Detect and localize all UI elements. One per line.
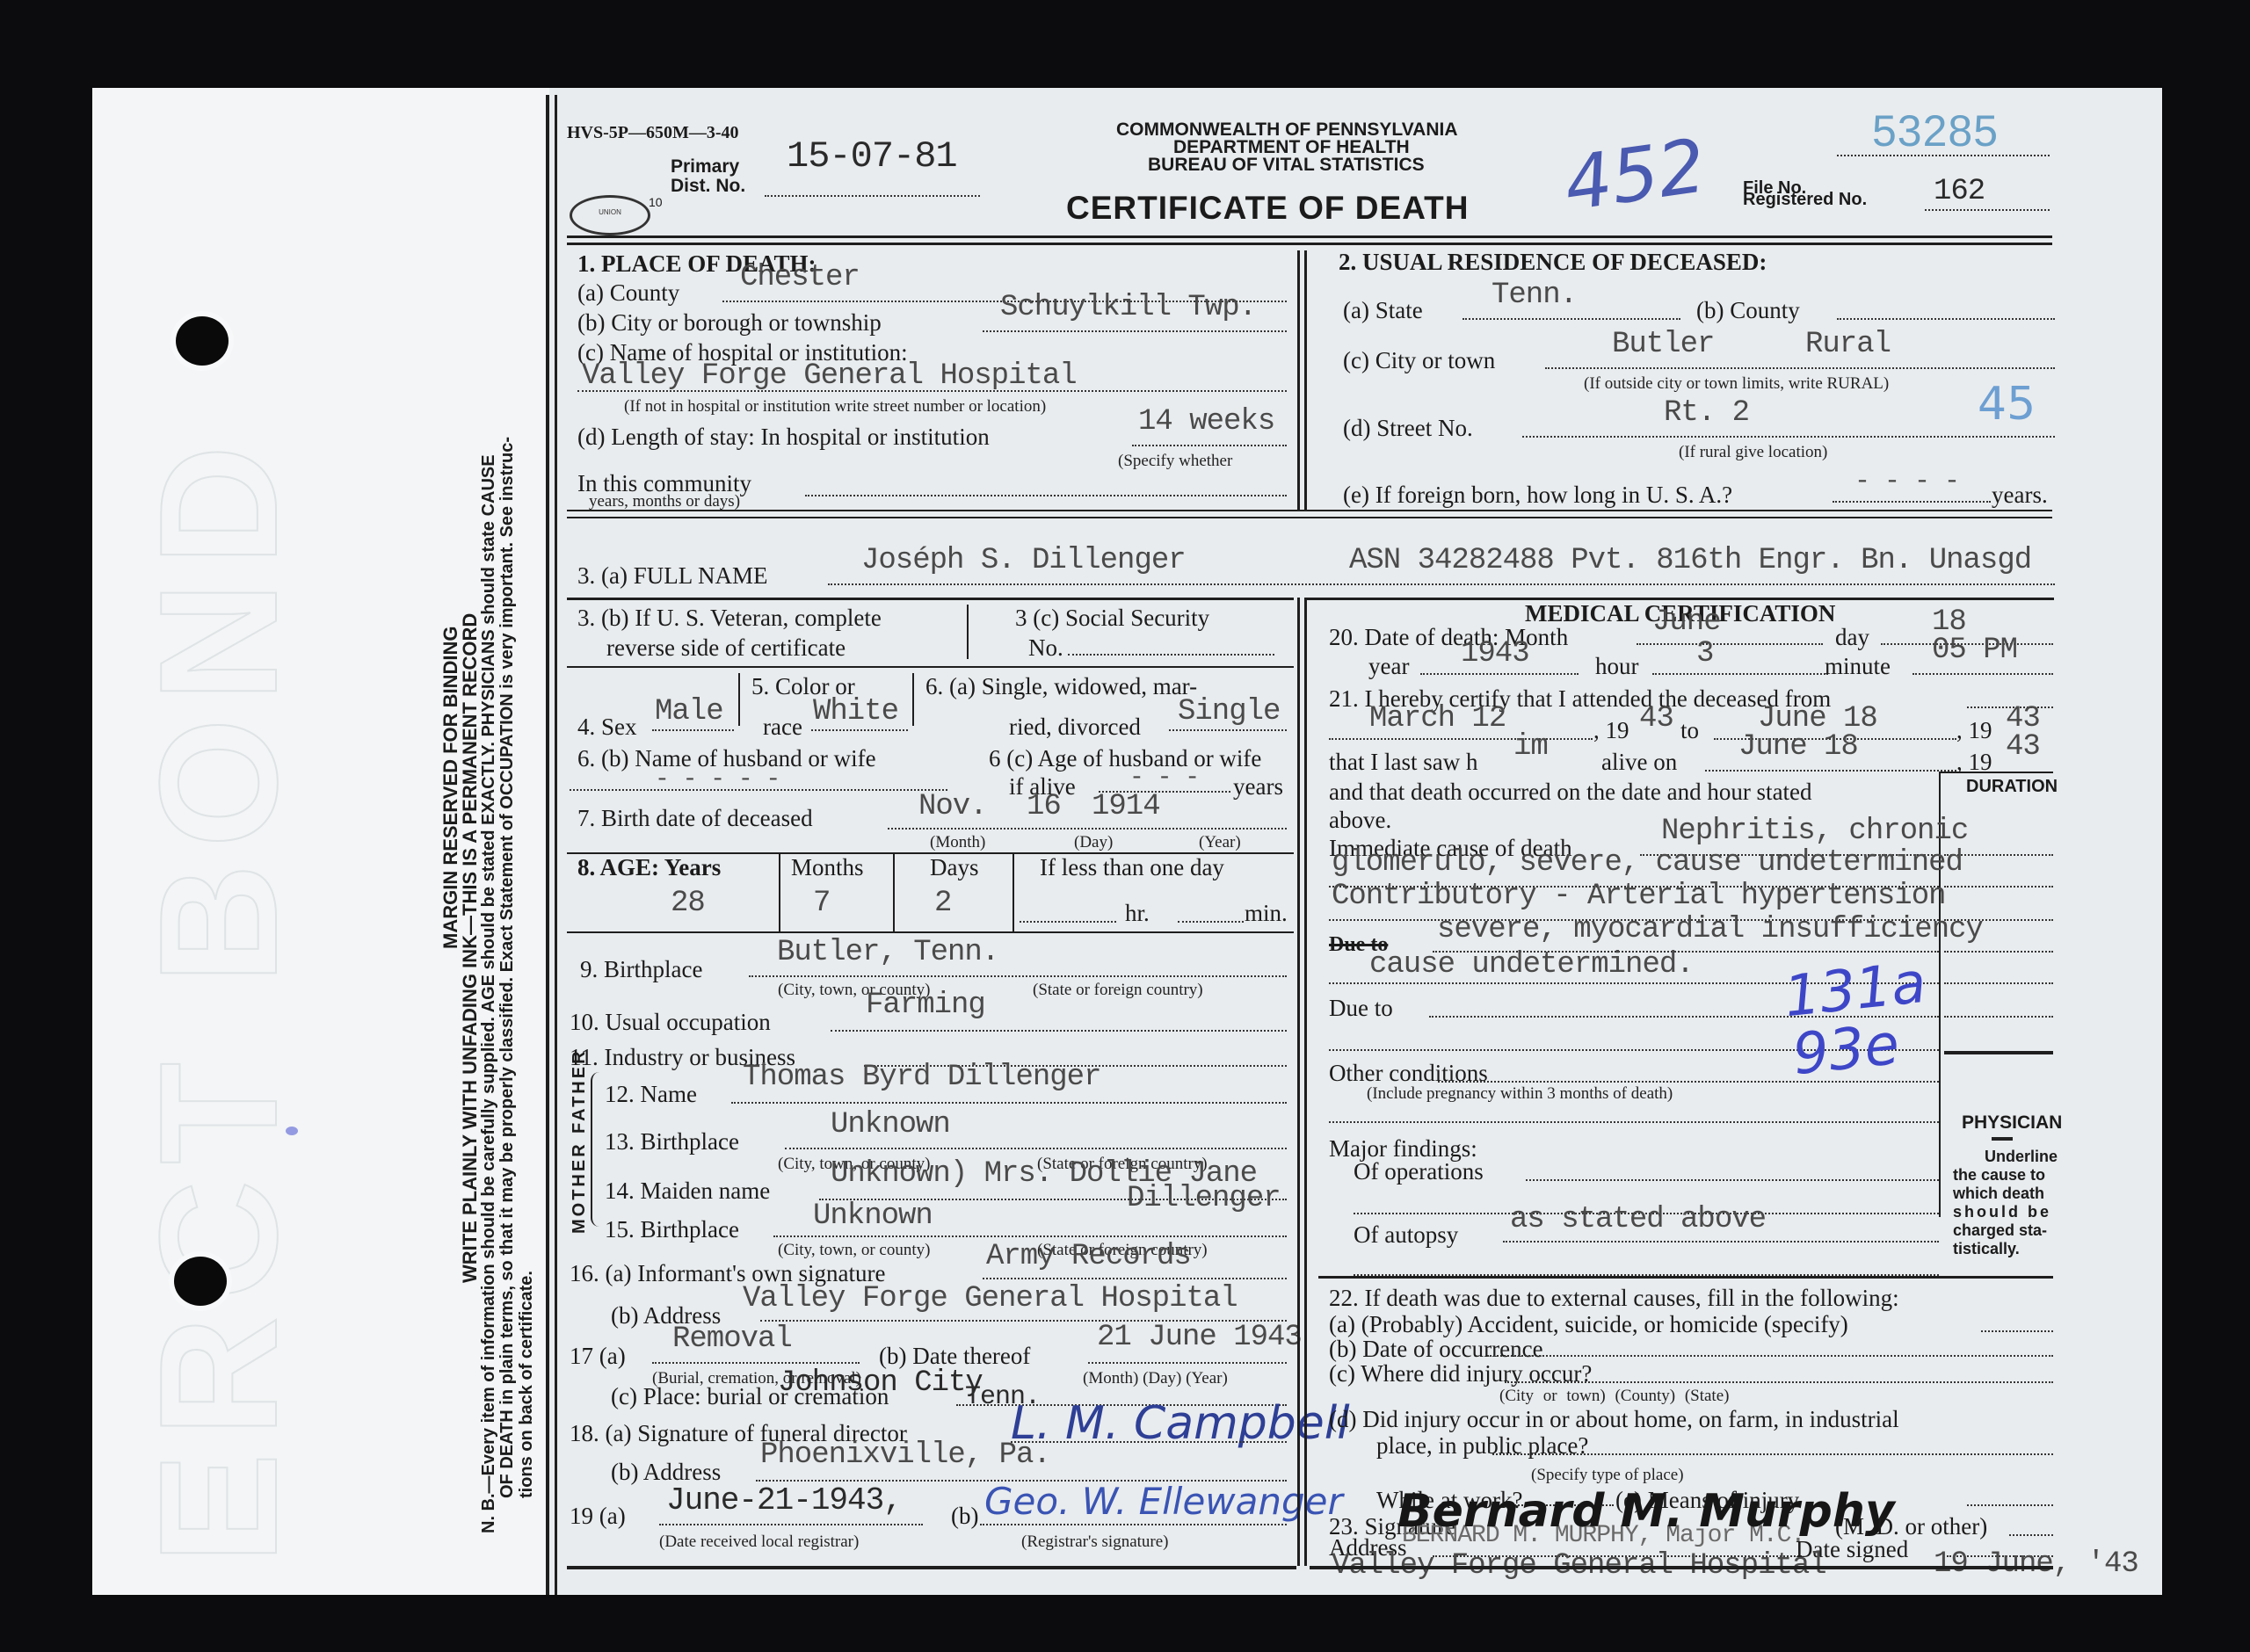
occupation-value[interactable]: Farming: [866, 989, 985, 1021]
means-of-injury-line: [1967, 1504, 2053, 1506]
ink-spot: [286, 1127, 298, 1135]
due-to-label: Due to: [1329, 995, 1393, 1021]
registrar-date-received[interactable]: June-21-1943,: [666, 1485, 902, 1517]
external-a-line: [1981, 1330, 2053, 1332]
immediate-cause-2[interactable]: glomerulo, severe, cause undetermined: [1332, 847, 1963, 879]
disposition-date-label: (b) Date thereof: [879, 1343, 1030, 1369]
name-rule-left: [567, 598, 1294, 600]
spouse-name-line: [570, 789, 947, 791]
certificate-title: CERTIFICATE OF DEATH: [1066, 190, 1470, 227]
age-days-label: Days: [930, 854, 979, 880]
city-township-line: [983, 330, 1287, 332]
father-tag: FATHER: [570, 1048, 590, 1134]
date-signed-value[interactable]: 19 June, '43: [1934, 1548, 2138, 1580]
death-minute-label: minute: [1825, 653, 1891, 679]
death-date-label: 20. Date of death: Month: [1329, 624, 1568, 650]
community-note: years, months or days): [589, 492, 740, 511]
length-of-stay-label: (d) Length of stay: In hospital or insti…: [577, 424, 990, 450]
disposition-date-note: (Month) (Day) (Year): [1083, 1369, 1228, 1388]
age-days-divider: [1012, 854, 1014, 931]
length-of-stay-line: [1132, 445, 1287, 446]
res-city-line: [1545, 367, 2055, 369]
community-line: [805, 495, 1287, 496]
death-day-label: day: [1835, 624, 1869, 650]
father-birthplace-line: [785, 1148, 1287, 1149]
registrar-date-line: [659, 1524, 923, 1525]
age-days-value[interactable]: 2: [934, 888, 951, 919]
autopsy-value[interactable]: as stated above: [1510, 1204, 1766, 1235]
bottom-rule-left: [567, 1566, 1296, 1569]
less-than-day-label: If less than one day: [1040, 854, 1224, 880]
duration-line-6: [1944, 1016, 2053, 1018]
file-no-line: [1837, 155, 2050, 156]
margin-nb-line2: OF DEATH in plain terms, so that it may …: [497, 437, 518, 1498]
death-month-line: [1637, 643, 1823, 645]
bottom-rule-right: [1310, 1566, 2053, 1569]
dist-no-line: [765, 195, 980, 197]
external-c-note: (City or town) (County) (State): [1499, 1387, 1729, 1406]
informant-signature-line: [983, 1278, 1287, 1279]
alive-on-label: alive on: [1601, 749, 1677, 775]
father-birthplace-value[interactable]: Unknown: [831, 1109, 950, 1141]
death-hour-line: [1652, 673, 1828, 675]
death-hour-label: hour: [1595, 653, 1639, 679]
full-name-line: [828, 583, 2055, 585]
birth-day[interactable]: 16: [1027, 791, 1061, 822]
cause-3[interactable]: severe, myocardial insufficiency: [1437, 914, 1983, 946]
age-years-divider: [779, 854, 780, 931]
mother-surname-value[interactable]: Dillenger: [1127, 1183, 1281, 1214]
attend-comma-19-a: , 19: [1593, 717, 1629, 743]
margin-nb-line3: tions on back of certificate.: [517, 1271, 537, 1498]
res-street-value[interactable]: Rt. 2: [1664, 397, 1749, 429]
external-c-line: [1505, 1381, 2053, 1383]
attend-from[interactable]: March 12: [1369, 703, 1506, 735]
spouse-name-value[interactable]: - - - - -: [655, 764, 780, 796]
res-city-rural[interactable]: Rural: [1805, 329, 1891, 360]
full-name-label: 3. (a) FULL NAME: [577, 562, 767, 589]
header-rule-2: [567, 243, 2052, 245]
external-a-label: (a) (Probably) Accident, suicide, or hom…: [1329, 1311, 1848, 1337]
city-township-label: (b) City or borough or township: [577, 309, 882, 336]
birth-month[interactable]: Nov.: [918, 791, 987, 822]
birth-date-label: 7. Birth date of deceased: [577, 805, 813, 831]
classification-code-2: 93e: [1789, 1012, 1902, 1088]
binding-rule-outer: [546, 95, 549, 1595]
race-line: [811, 729, 908, 731]
birth-year[interactable]: 1914: [1092, 791, 1160, 822]
registrar-signature-note: (Registrar's signature): [1021, 1532, 1169, 1552]
marital-label-1: 6. (a) Single, widowed, mar-: [925, 673, 1197, 699]
attend-to-label: to: [1680, 717, 1699, 743]
registrar-date-note: (Date received local registrar): [659, 1532, 859, 1552]
county-value[interactable]: Chester: [740, 262, 860, 293]
duration-line-4: [1944, 951, 2053, 953]
other-conditions-line-2: [1329, 1121, 1939, 1123]
race-marital-divider: [912, 673, 914, 726]
veteran-label-2: reverse side of certificate: [606, 634, 846, 661]
res-state-value[interactable]: Tenn.: [1492, 279, 1577, 311]
autopsy-label: Of autopsy: [1354, 1221, 1458, 1248]
attend-from-year[interactable]: 43: [1639, 703, 1673, 735]
sex-line: [652, 729, 734, 731]
ssn-label-2: No.: [1028, 634, 1063, 661]
death-year-line: [1420, 673, 1579, 675]
external-b-line: [1487, 1355, 2053, 1357]
paper-watermark: ERCT BOND: [123, 430, 315, 1564]
full-name-label-text: 3. (a) FULL NAME: [577, 562, 767, 589]
header-rule-1: [567, 235, 2052, 238]
contributory-cause[interactable]: Contributory - Arterial hypertension: [1332, 880, 1946, 912]
birth-year-note: (Year): [1199, 833, 1241, 852]
duration-heading: DURATION: [1966, 777, 2058, 797]
age-years-value[interactable]: 28: [671, 888, 705, 919]
length-of-stay-value[interactable]: 14 weeks: [1138, 406, 1274, 438]
veteran-rule: [567, 666, 1294, 668]
margin-nb-line1: N. B.—Every item of information should b…: [479, 454, 499, 1533]
military-info[interactable]: ASN 34282488 Pvt. 816th Engr. Bn. Unasgd: [1349, 545, 2031, 576]
foreign-born-line: [1833, 501, 1991, 503]
physician-note-6: tistically.: [1953, 1240, 2020, 1258]
res-city-label: (c) City or town: [1343, 347, 1495, 373]
birthplace-value[interactable]: Butler, Tenn.: [777, 937, 998, 968]
mother-birthplace-line: [773, 1235, 1287, 1237]
res-state-line: [1462, 318, 1680, 320]
section-divider-mid-a: [1297, 598, 1300, 1292]
death-minute[interactable]: 05 PM: [1932, 634, 2017, 666]
hospital-value[interactable]: Valley Forge General Hospital: [582, 360, 1077, 392]
occupation-label: 10. Usual occupation: [570, 1009, 771, 1035]
physician-heading: PHYSICIAN: [1962, 1112, 2062, 1134]
disposition-label: 17 (a): [570, 1343, 626, 1369]
file-no-stamp: 53285: [1872, 105, 1999, 156]
ssn-label-1: 3 (c) Social Security: [1015, 605, 1209, 631]
registered-no-line: [1925, 209, 2050, 211]
veteran-ssn-divider: [967, 605, 969, 659]
birthplace-line: [749, 975, 1287, 977]
age-months-value[interactable]: 7: [813, 888, 830, 919]
immediate-cause-1[interactable]: Nephritis, chronic: [1661, 815, 1968, 847]
last-saw-pronoun[interactable]: im: [1513, 731, 1548, 763]
binding-rule-inner: [555, 95, 557, 1595]
attend-from-line: [1329, 738, 1593, 740]
age-months-divider: [893, 854, 895, 931]
external-b-label: (b) Date of occurrence: [1329, 1336, 1543, 1362]
father-name-value[interactable]: Thomas Byrd Dillenger: [743, 1061, 1100, 1093]
informant-address-value[interactable]: Valley Forge General Hospital: [743, 1283, 1237, 1315]
birth-day-note: (Day): [1074, 833, 1113, 852]
res-state-label: (a) State: [1343, 297, 1423, 323]
veteran-label-1: 3. (b) If U. S. Veteran, complete: [577, 605, 882, 631]
death-year-label: year: [1368, 653, 1409, 679]
physician-note-2: the cause to: [1953, 1166, 2045, 1185]
disposition-method-line: [652, 1362, 860, 1364]
race-label-2: race: [763, 714, 802, 740]
last-saw-line: [1705, 770, 1956, 772]
city-township-value[interactable]: Schuylkill Twp.: [1000, 292, 1256, 323]
duration-top-rule: [1939, 772, 2053, 773]
death-minute-line: [1912, 673, 2053, 675]
duration-line-2: [1944, 886, 2053, 888]
death-statement-1: and that death occurred on the date and …: [1329, 779, 1812, 805]
physician-note-1: Underline: [1985, 1148, 2058, 1166]
external-heading: 22. If death was due to external causes,…: [1329, 1285, 1899, 1311]
form-code: HVS-5P—650M—3-40: [567, 123, 739, 143]
primary-dist-no: 15-07-81: [787, 141, 957, 172]
birth-month-note: (Month): [930, 833, 985, 852]
other-conditions-note: (Include pregnancy within 3 months of de…: [1367, 1084, 1673, 1104]
section-divider-top-b: [1304, 250, 1307, 510]
registrar-signature-line: [980, 1524, 1287, 1525]
other-conditions-line: [1438, 1081, 1939, 1083]
section-divider-bot-a: [1297, 1292, 1300, 1566]
external-causes-rule: [1318, 1276, 2053, 1279]
foreign-born-unit: years.: [1992, 482, 2048, 508]
res-street-line: [1522, 436, 2055, 438]
disposition-method[interactable]: Removal: [672, 1323, 792, 1355]
specify-whether-note: (Specify whether: [1118, 452, 1232, 471]
county-label: (a) County: [577, 279, 679, 306]
birthplace-label: 9. Birthplace: [580, 956, 702, 982]
foreign-born-value[interactable]: - - - -: [1854, 466, 1959, 497]
age-hr-line: [1020, 921, 1116, 923]
union-label-number: 10: [649, 195, 663, 209]
race-value[interactable]: White: [813, 696, 898, 728]
birthplace-state-note: (State or foreign country): [1033, 981, 1203, 1000]
full-name-value[interactable]: Joséph S. Dillenger: [861, 545, 1186, 576]
res-county-line: [1837, 318, 2055, 320]
disposition-date[interactable]: 21 June 1943: [1097, 1322, 1302, 1353]
section-rule-2: [567, 517, 2052, 518]
death-statement-2: above.: [1329, 807, 1391, 833]
hospital-line: [577, 390, 1287, 392]
dist-no-label: Dist. No.: [671, 176, 745, 197]
external-d-line: [1492, 1453, 2053, 1455]
death-hour[interactable]: 3: [1696, 638, 1713, 670]
mother-birthplace-value[interactable]: Unknown: [813, 1200, 933, 1232]
director-address-value[interactable]: Phoenixville, Pa.: [760, 1439, 1050, 1471]
director-address-label: (b) Address: [611, 1459, 721, 1485]
physician-note-5: charged sta-: [1953, 1221, 2047, 1240]
hospital-note: (If not in hospital or institution write…: [624, 397, 1046, 417]
res-county-label: (b) County: [1696, 297, 1800, 323]
operations-label: Of operations: [1354, 1158, 1484, 1185]
external-d-label-1: (d) Did injury occur in or about home, o…: [1329, 1406, 1899, 1432]
physician-note-4: should be: [1953, 1203, 2051, 1221]
residence-heading: 2. USUAL RESIDENCE OF DECEASED:: [1339, 249, 1767, 275]
operations-line: [1526, 1179, 1939, 1181]
handwritten-code-45: 45: [1978, 378, 2036, 431]
last-saw-year[interactable]: 43: [2006, 731, 2040, 763]
registered-no-label: Registered No.: [1743, 190, 1867, 210]
duration-thick-rule: [1944, 1051, 2053, 1054]
spouse-age-label: 6 (c) Age of husband or wife: [989, 745, 1261, 772]
punch-hole-top: [176, 316, 229, 366]
marital-line: [1169, 729, 1287, 731]
agency-line-3: BUREAU OF VITAL STATISTICS: [1148, 155, 1425, 176]
physician-note-3: which death: [1953, 1185, 2044, 1203]
section-rule-1: [567, 510, 2052, 511]
cause-4[interactable]: cause undetermined.: [1369, 949, 1694, 981]
last-saw-date[interactable]: June 18: [1738, 731, 1858, 763]
informant-signature-value[interactable]: Army Records: [986, 1241, 1191, 1272]
sex-race-divider: [738, 673, 740, 726]
parents-brace: [591, 1072, 599, 1227]
mother-city-note: (City, town, or county): [778, 1241, 930, 1260]
age-label: 8. AGE: Years: [577, 854, 721, 880]
autopsy-line: [1503, 1241, 1939, 1243]
physician-dash: [1992, 1137, 2013, 1141]
sex-value[interactable]: Male: [655, 696, 723, 728]
disposition-date-line: [1088, 1362, 1287, 1364]
mother-maiden-label: 14. Maiden name: [605, 1177, 770, 1204]
mother-birthplace-label: 15. Birthplace: [605, 1216, 739, 1243]
funeral-director-line: [1011, 1441, 1287, 1443]
union-label-seal: UNION: [570, 195, 650, 235]
punch-hole-bottom: [174, 1257, 227, 1306]
res-city-note: (If outside city or town limits, write R…: [1584, 374, 1889, 394]
res-city-value[interactable]: Butler: [1612, 329, 1714, 360]
attend-comma-19-b: , 19: [1956, 717, 1992, 743]
spouse-age-unit: years: [1233, 773, 1283, 800]
age-rule: [567, 931, 1294, 933]
section-divider-bot-b: [1304, 1292, 1307, 1566]
birth-date-line: [888, 828, 1287, 830]
age-months-label: Months: [791, 854, 864, 880]
external-d-note: (Specify type of place): [1531, 1466, 1684, 1485]
res-street-note: (If rural give location): [1679, 443, 1827, 462]
registrar-label-b: (b): [951, 1503, 978, 1529]
ssn-line: [1068, 654, 1274, 656]
registrar-label-a: 19 (a): [570, 1503, 626, 1529]
primary-label: Primary: [671, 156, 739, 178]
last-saw-label: that I last saw h: [1329, 749, 1477, 775]
physician-signature[interactable]: Bernard M. Murphy: [1397, 1485, 1895, 1538]
death-month[interactable]: June: [1652, 606, 1721, 638]
foreign-born-label: (e) If foreign born, how long in U. S. A…: [1343, 482, 1732, 508]
min-label: min.: [1245, 900, 1288, 926]
marital-value[interactable]: Single: [1178, 696, 1280, 728]
mother-tag: MOTHER: [570, 1141, 590, 1234]
res-street-label: (d) Street No.: [1343, 415, 1473, 441]
signature-line: [2009, 1534, 2053, 1536]
marital-label-2: ried, divorced: [1009, 714, 1141, 740]
section-divider-top-a: [1297, 250, 1300, 510]
burial-place-value[interactable]: Johnson City: [778, 1367, 983, 1399]
registrar-signature[interactable]: Geo. W. Ellewanger: [984, 1480, 1343, 1523]
father-name-label: 12. Name: [605, 1081, 697, 1107]
age-min-line: [1178, 921, 1244, 923]
registered-no: 162: [1934, 176, 1985, 207]
occupation-line: [831, 1030, 1287, 1032]
sex-label: 4. Sex: [577, 714, 637, 740]
section-divider-mid-b: [1304, 598, 1307, 1292]
hr-label: hr.: [1125, 900, 1150, 926]
death-year[interactable]: 1943: [1461, 638, 1529, 670]
duration-line-5: [1944, 982, 2053, 984]
father-birthplace-label: 13. Birthplace: [605, 1128, 739, 1155]
father-name-line: [731, 1102, 1287, 1104]
